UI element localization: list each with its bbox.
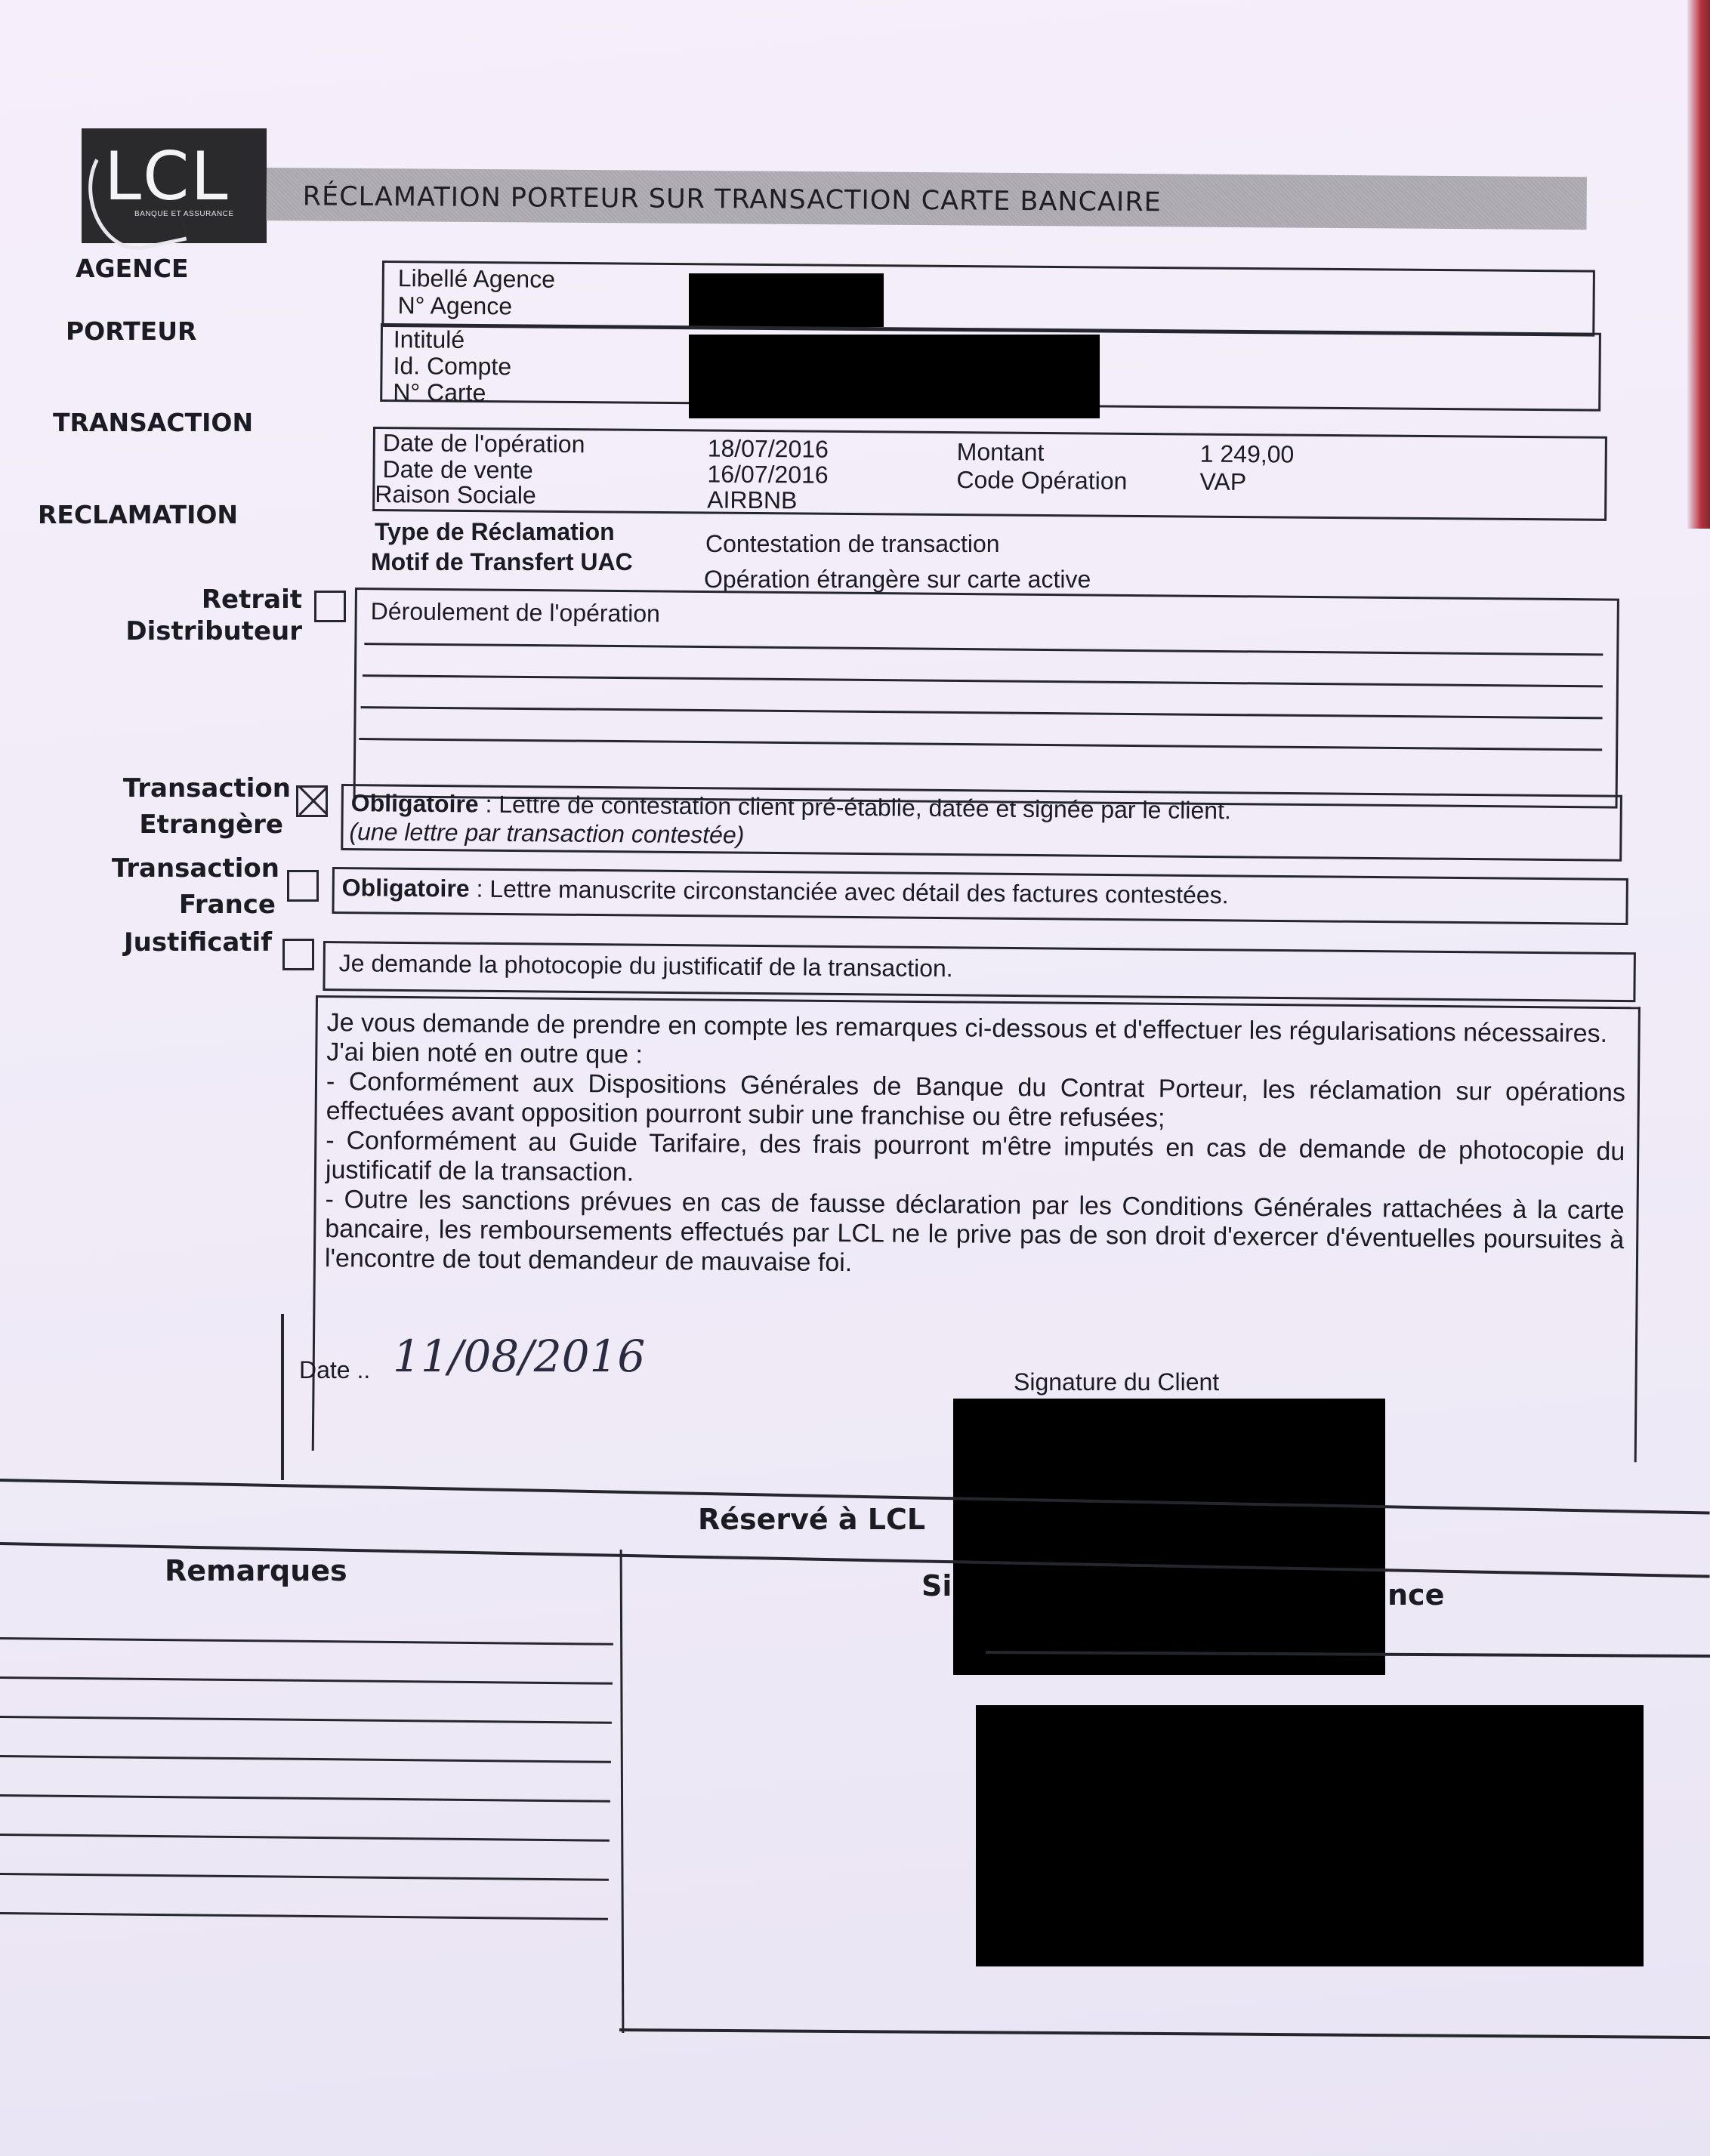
- motif-transfert-label: Motif de Transfert UAC: [371, 548, 633, 576]
- etrangere-box: Obligatoire : Lettre de contestation cli…: [341, 784, 1622, 862]
- remarques-line: [0, 1873, 609, 1881]
- page-edge: [1687, 0, 1710, 529]
- montant-label: Montant: [957, 438, 1045, 467]
- remarques-line: [0, 1637, 613, 1646]
- date-label: Date ..: [299, 1356, 370, 1384]
- signature-agence-label-end: nce: [1387, 1578, 1444, 1612]
- declaration-box: Je vous demande de prendre en compte les…: [312, 995, 1641, 1462]
- deroulement-line: [364, 643, 1603, 655]
- remarques-line: [0, 1794, 610, 1803]
- retrait-distributeur-checkbox[interactable]: [314, 591, 346, 622]
- declaration-p4: - Conformément au Guide Tarifaire, des f…: [326, 1126, 1625, 1196]
- france-label-line2: France: [60, 890, 276, 920]
- remarques-label: Remarques: [165, 1554, 347, 1587]
- transaction-box: Date de l'opération Date de vente Raison…: [372, 427, 1607, 521]
- code-operation-label: Code Opération: [956, 466, 1127, 495]
- transaction-france-checkbox[interactable]: [287, 870, 319, 902]
- date-vente-value: 16/07/2016: [707, 460, 828, 489]
- reserved-column-divider: [620, 1550, 625, 2033]
- declaration-text: Je vous demande de prendre en compte les…: [325, 1008, 1626, 1285]
- section-agence: AGENCE: [76, 254, 189, 283]
- id-compte-label: Id. Compte: [393, 352, 511, 381]
- etrangere-label-line1: Transaction: [76, 773, 291, 803]
- declaration-p5: - Outre les sanctions prévues en cas de …: [325, 1185, 1625, 1285]
- porteur-redacted: [689, 335, 1100, 418]
- form-title-band: RÉCLAMATION PORTEUR SUR TRANSACTION CART…: [267, 168, 1587, 230]
- justificatif-text: Je demande la photocopie du justificatif…: [339, 949, 953, 982]
- raison-sociale-label: Raison Sociale: [375, 480, 536, 510]
- remarques-line: [0, 1716, 612, 1724]
- transaction-etrangere-checkbox[interactable]: [296, 785, 328, 817]
- deroulement-line: [359, 738, 1602, 751]
- obligatoire-label: Obligatoire: [351, 789, 479, 817]
- france-box: Obligatoire : Lettre manuscrite circonst…: [332, 867, 1628, 925]
- numero-carte-label: N° Carte: [393, 378, 486, 407]
- type-reclamation-value: Contestation de transaction: [705, 530, 1000, 558]
- signature-redacted: [953, 1399, 1385, 1675]
- remarques-line: [0, 1676, 613, 1685]
- deroulement-line: [361, 706, 1603, 719]
- retrait-label-line2: Distributeur: [76, 616, 302, 646]
- remarques-line: [0, 1912, 608, 1920]
- france-requirement-text: : Lettre manuscrite circonstanciée avec …: [470, 875, 1229, 909]
- declaration-p3: - Conformément aux Dispositions Générale…: [326, 1067, 1625, 1137]
- stamp-redacted: [976, 1705, 1644, 1966]
- etrangere-note: (une lettre par transaction contestée): [349, 818, 744, 850]
- france-requirement: Obligatoire : Lettre manuscrite circonst…: [342, 874, 1229, 909]
- libelle-agence-label: Libellé Agence: [398, 264, 555, 294]
- intitule-label: Intitulé: [394, 325, 465, 354]
- date-operation-label: Date de l'opération: [383, 429, 585, 458]
- section-transaction: TRANSACTION: [53, 408, 253, 437]
- raison-sociale-value: AIRBNB: [707, 486, 797, 514]
- date-handwritten: 11/08/2016: [393, 1331, 645, 1382]
- justificatif-box: Je demande la photocopie du justificatif…: [323, 941, 1636, 1002]
- code-operation-value: VAP: [1199, 468, 1246, 496]
- section-porteur: PORTEUR: [66, 316, 196, 346]
- logo-text: LCL: [104, 137, 230, 215]
- montant-value: 1 249,00: [1200, 440, 1295, 469]
- form-title: RÉCLAMATION PORTEUR SUR TRANSACTION CART…: [303, 181, 1162, 217]
- deroulement-line: [363, 674, 1603, 687]
- declaration-left-border: [281, 1314, 284, 1480]
- retrait-label-line1: Retrait: [113, 584, 302, 615]
- signature-agence-label-start: Si: [921, 1569, 952, 1602]
- lcl-logo: LCL BANQUE ET ASSURANCE: [82, 128, 267, 243]
- type-reclamation-label: Type de Réclamation: [375, 518, 615, 546]
- agence-redacted: [689, 273, 884, 327]
- remarques-line: [0, 1755, 611, 1763]
- reserved-title: Réservé à LCL: [698, 1503, 925, 1536]
- signature-area-bottom-line: [619, 2028, 1710, 2039]
- deroulement-label: Déroulement de l'opération: [371, 597, 661, 628]
- logo-tagline: BANQUE ET ASSURANCE: [134, 210, 234, 218]
- deroulement-box: Déroulement de l'opération: [353, 588, 1619, 809]
- justificatif-checkbox[interactable]: [282, 939, 314, 970]
- numero-agence-label: N° Agence: [397, 291, 512, 320]
- justificatif-label: Justificatif: [60, 927, 272, 958]
- etrangere-requirement-text: : Lettre de contestation client pré-étab…: [479, 791, 1231, 825]
- etrangere-label-line2: Etrangère: [76, 810, 283, 840]
- date-operation-value: 18/07/2016: [708, 434, 829, 463]
- obligatoire-label: Obligatoire: [342, 874, 470, 902]
- section-reclamation: RECLAMATION: [38, 500, 238, 529]
- france-label-line1: Transaction: [60, 853, 279, 884]
- remarques-line: [0, 1834, 610, 1842]
- motif-transfert-value: Opération étrangère sur carte active: [704, 566, 1091, 594]
- signature-client-label: Signature du Client: [1014, 1368, 1219, 1396]
